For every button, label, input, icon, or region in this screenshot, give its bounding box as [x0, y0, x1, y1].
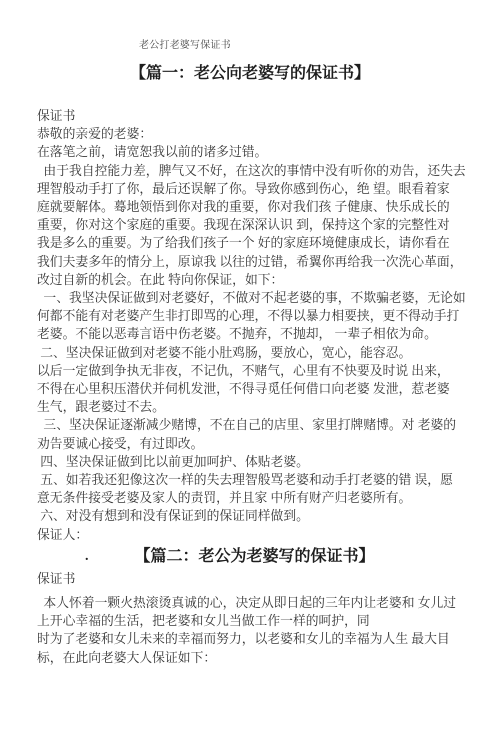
text-line: 四、坚决保证做到比以前更加呵护、体贴老婆。 — [37, 453, 472, 471]
text-line: 时为了老婆和女儿未来的幸福而努力，以老婆和女儿的幸福为人生 最大目 — [37, 630, 472, 648]
text-line: 以后一定做到争执无非夜，不记仇，不赌气，心里有不快要及时说 出来， — [37, 362, 472, 380]
text-line: 五、如若我还犯像这次一样的失去理智般骂老婆和动手打老婆的错 误，愿 — [37, 471, 472, 489]
text-line: 恭敬的亲爱的老婆： — [37, 125, 472, 143]
text-line: 我们夫妻多年的情分上，原谅我 以往的过错，希翼你再给我一次洗心革面， — [37, 253, 472, 271]
document-body: 保证书 恭敬的亲爱的老婆： 在落笔之前，请宽恕我以前的诸多过错。 由于我自控能力… — [37, 107, 472, 667]
text-line: 何都不能有对老婆产生非打即骂的心理，不得以暴力相要挟，更不得动手打 — [37, 307, 472, 325]
text-line: 生气，跟老婆过不去。 — [37, 398, 472, 416]
text-line: 上开心幸福的生活，把老婆和女儿当做工作一样的呵护，同 — [37, 612, 472, 630]
section2-title-row: . 【篇二：老公为老婆写的保证书】 — [37, 544, 472, 570]
text-line: 改过自新的机会。在此 特向你保证，如下： — [37, 271, 472, 289]
text-line: 在落笔之前，请宽恕我以前的诸多过错。 — [37, 143, 472, 161]
document-header-text: 老公打老婆写保证书 — [139, 40, 231, 52]
text-line: 一、我坚决保证做到对老婆好，不做对不起老婆的事，不欺骗老婆，无论如 — [37, 289, 472, 307]
text-line: 意无条件接受老婆及家人的责罚，并且家 中所有财产归老婆所有。 — [37, 489, 472, 507]
text-line: 保证人： — [37, 526, 472, 544]
text-line: 三、坚决保证逐渐减少赌博，不在自己的店里、家里打牌赌博。对 老婆的 — [37, 416, 472, 434]
text-line: 本人怀着一颗火热滚烫真诚的心，决定从即日起的三年内让老婆和 女儿过 — [37, 594, 472, 612]
text-line: 理智般动手打了你，最后还误解了你。导致你感到伤心，绝 望。眼看着家 — [37, 180, 472, 198]
document-page: 老公打老婆写保证书 【篇一：老公向老婆写的保证书】 保证书 恭敬的亲爱的老婆： … — [0, 0, 500, 747]
text-line: 不得在心里积压潜伏并伺机发泄，不得寻觅任何借口向老婆 发泄，惹老婆 — [37, 380, 472, 398]
text-line: 老婆。不能以恶毒言语中伤老婆。不抛弃，不抛却， 一辈子相依为命。 — [37, 325, 472, 343]
text-line: 六、对没有想到和没有保证到的保证同样做到。 — [37, 507, 472, 525]
text-line: 保证书 — [37, 570, 472, 588]
section1-title: 【篇一：老公向老婆写的保证书】 — [0, 63, 500, 85]
text-line: 标，在此向老婆大人保证如下： — [37, 649, 472, 667]
text-line: 保证书 — [37, 107, 472, 125]
text-line: 二、坚决保证做到对老婆不能小肚鸡肠，要放心，宽心，能容忍。 — [37, 344, 472, 362]
text-line: 庭就要解体。蓦地领悟到你对我的重要，你对我们孩 子健康、快乐成长的 — [37, 198, 472, 216]
text-line: 我是多么的重要。为了给我们孩子一个 好的家庭环境健康成长，请你看在 — [37, 234, 472, 252]
text-line: 由于我自控能力差，脾气又不好，在这次的事情中没有听你的劝告，还失去 — [37, 162, 472, 180]
text-line: 劝告要诚心接受，有过即改。 — [37, 435, 472, 453]
section2-title: 【篇二：老公为老婆写的保证书】 — [134, 548, 374, 565]
title-prefix-dot: . — [85, 544, 89, 570]
text-line: 重要，你对这个家庭的重要。我现在深深认识 到，保持这个家的完整性对 — [37, 216, 472, 234]
